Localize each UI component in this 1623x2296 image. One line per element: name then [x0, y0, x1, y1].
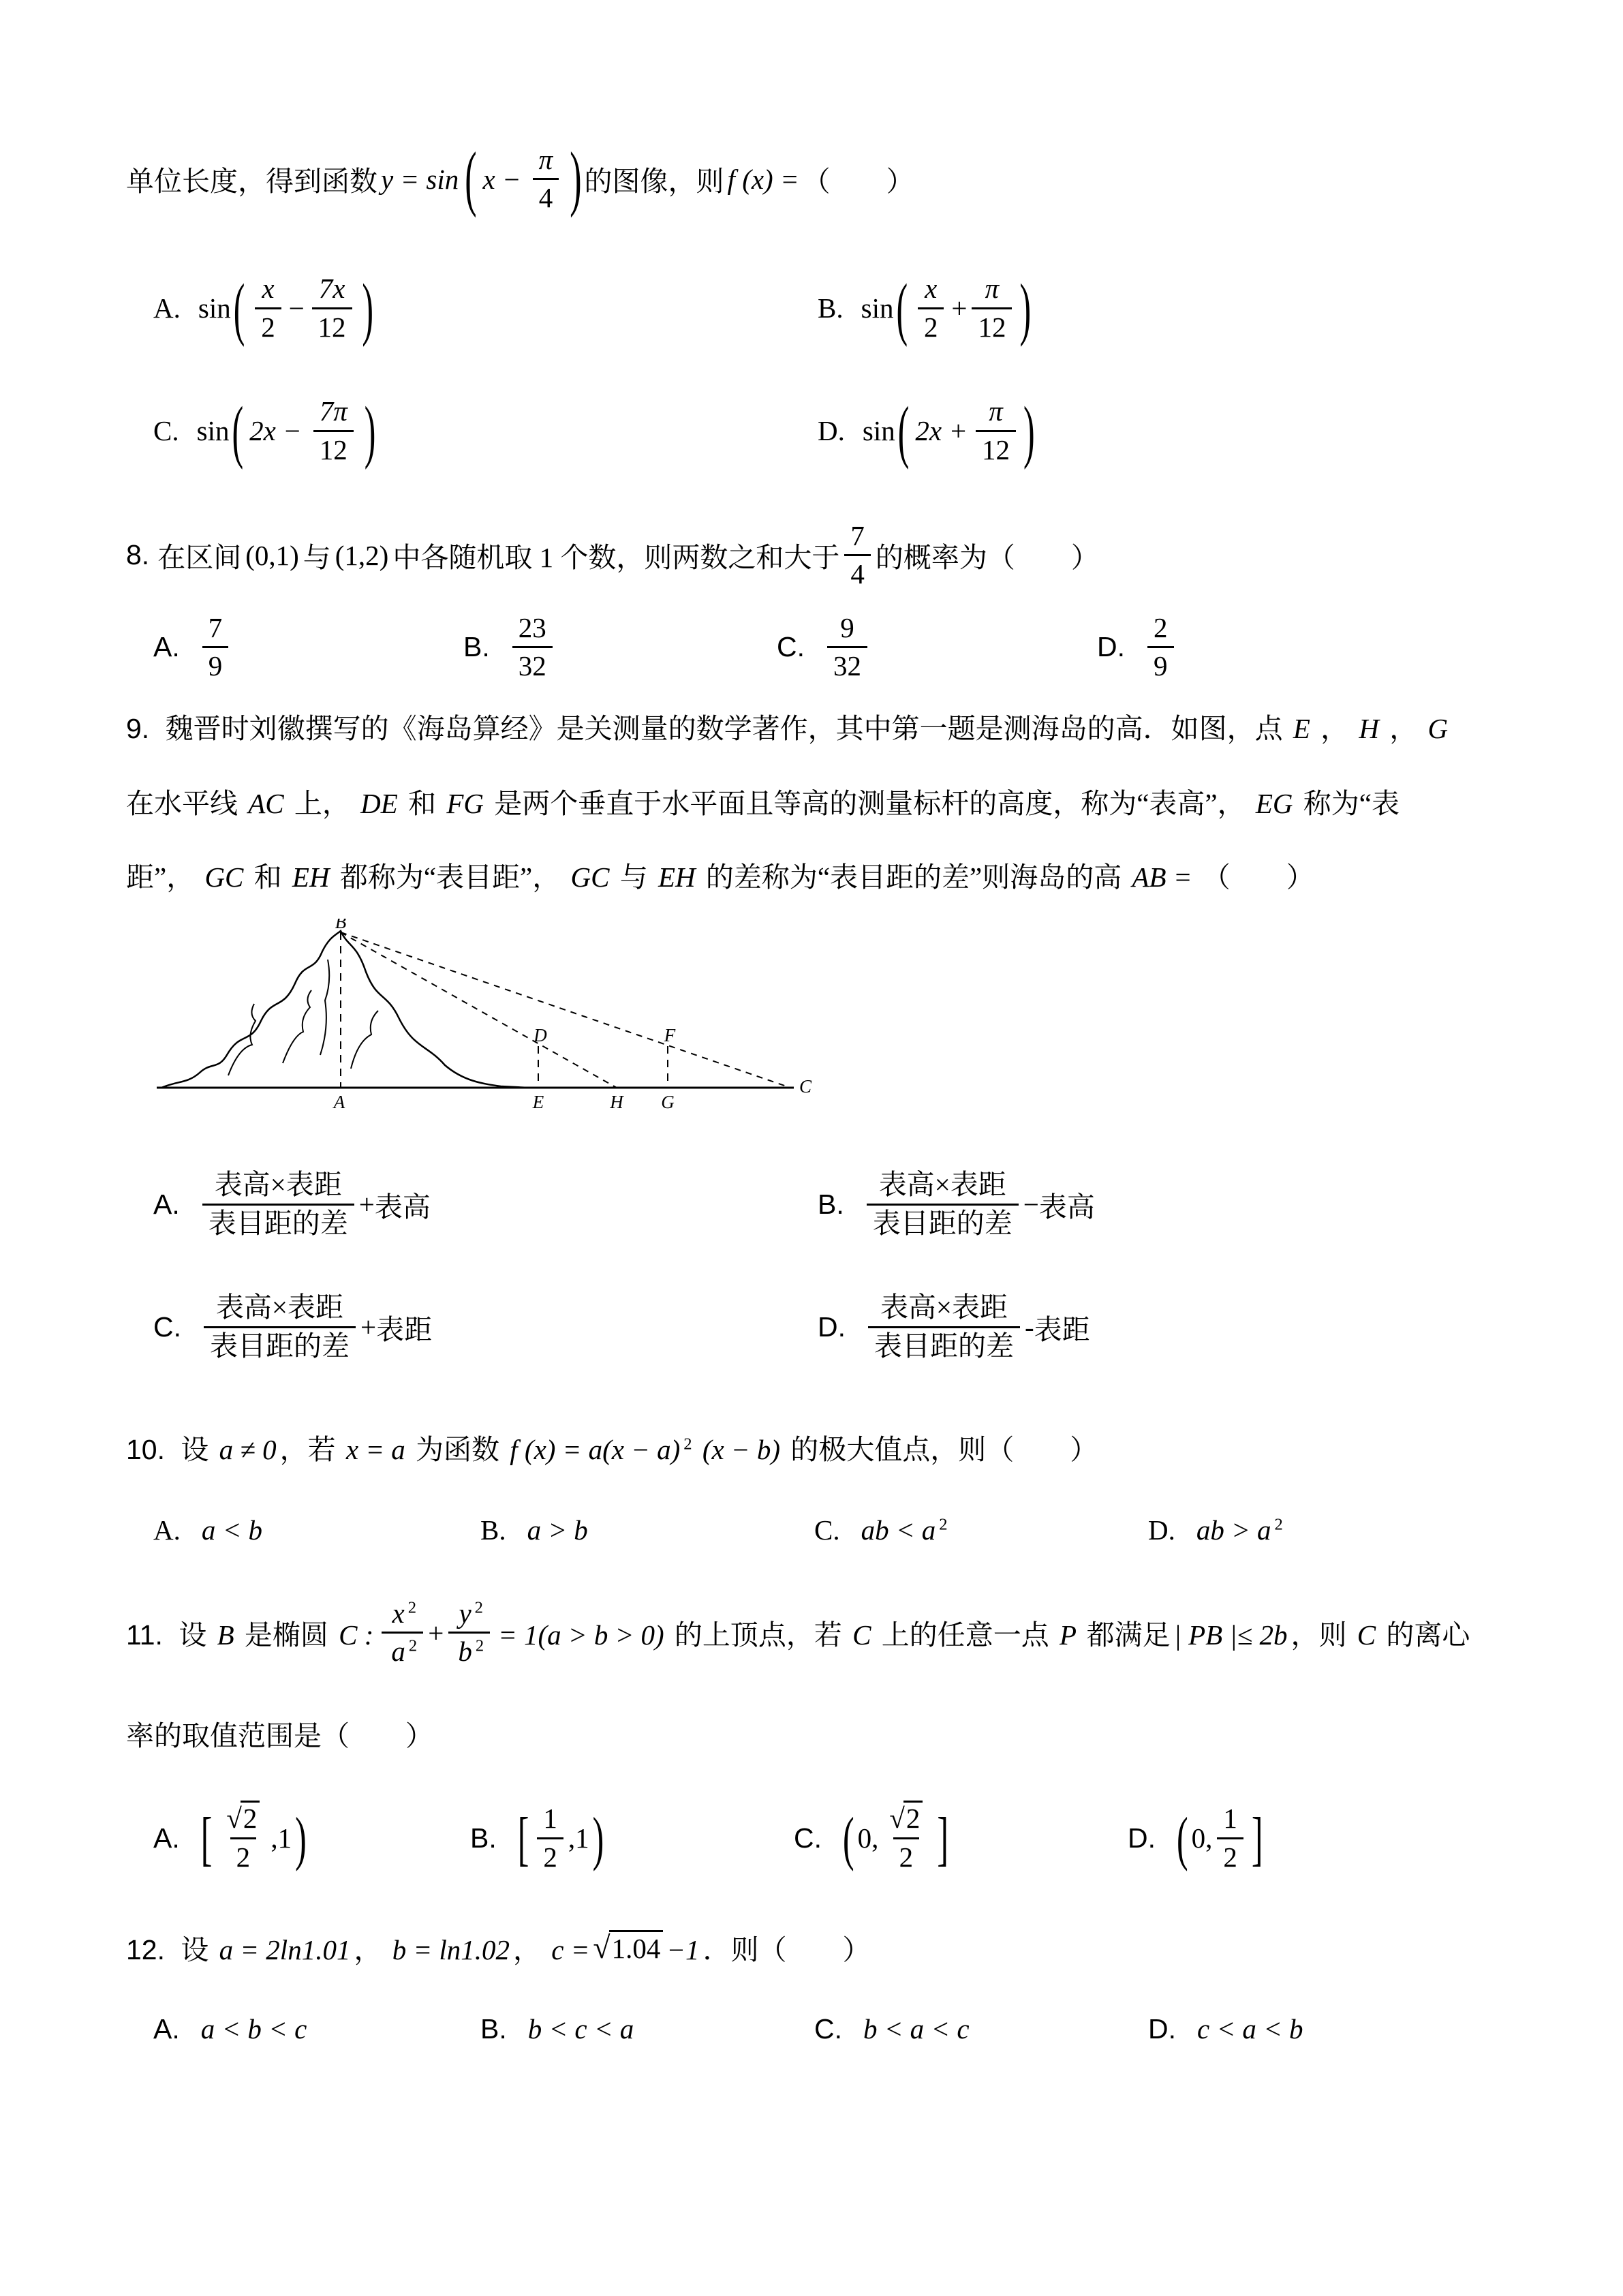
q8-option-b: B. 2332 [463, 601, 557, 693]
q7-option-d: D. sin ( 2x + π12 ) [818, 376, 1038, 485]
sightline-B-C [341, 932, 790, 1088]
fraction-x2-a2: x2 a2 [382, 1599, 423, 1666]
question-9-line1: 9. 魏晋时刘徽撰写的《海岛算经》是关测量的数学著作，其中第一题是测海岛的高．如… [126, 702, 1451, 750]
q10-option-b: B.a > b [480, 1506, 591, 1554]
q7-option-b: B. sin ( x2 + π12 ) [818, 254, 1034, 363]
fraction: 1 2 [537, 1804, 563, 1871]
option-label: C. [153, 1311, 181, 1343]
fraction: x2 [915, 274, 946, 341]
mountain-contour-4 [320, 960, 329, 1055]
q11-option-a: A. [ √2 2 ,1 ) [153, 1780, 310, 1896]
right-paren: ) [570, 138, 581, 220]
q10-option-c: C.ab < a2 [814, 1506, 948, 1554]
option-label: B. [480, 2013, 507, 2045]
q7-stem-fx: f (x) = [728, 163, 799, 196]
q12-option-c: C.b < a < c [814, 2005, 973, 2053]
left-paren: ( [896, 268, 908, 349]
option-label: C. [777, 631, 805, 663]
option-label: C. [153, 414, 179, 447]
fraction: π12 [976, 397, 1016, 464]
fraction: 表高×表距表目距的差 [202, 1170, 354, 1238]
fraction: 2332 [512, 613, 553, 681]
fraction: 表高×表距表目距的差 [204, 1293, 356, 1360]
answer-blank: （ ） [803, 159, 914, 199]
option-label: B. [470, 1822, 497, 1854]
question-12-stem: 12. 设 a = 2ln1.01， b = ln1.02， c = √ 1.0… [126, 1916, 871, 1978]
label-C: C [799, 1076, 812, 1097]
option-label: D. [818, 414, 845, 447]
fraction: 7π12 [310, 397, 357, 464]
left-paren: ( [465, 138, 476, 220]
fraction: 表高×表距表目距的差 [867, 1170, 1019, 1238]
right-paren: ) [295, 1803, 307, 1873]
option-label: D. [1128, 1822, 1156, 1854]
fraction: π12 [972, 274, 1012, 341]
right-paren: ) [593, 1803, 604, 1873]
option-label: A. [153, 1514, 181, 1546]
fraction: √2 2 [220, 1804, 266, 1871]
right-paren: ) [1019, 268, 1031, 349]
option-label: D. [818, 1311, 846, 1343]
q7-option-c: C. sin ( 2x − 7π12 ) [153, 376, 378, 485]
right-paren: ) [365, 391, 376, 472]
question-number: 8. [126, 539, 149, 571]
q8-option-d: D. 29 [1097, 601, 1179, 693]
fraction: π 4 [529, 145, 563, 213]
q12-option-a: A.a < b < c [153, 2005, 310, 2053]
fraction: 表高×表距表目距的差 [868, 1293, 1020, 1360]
option-label: D. [1097, 631, 1125, 663]
fraction: 932 [827, 613, 867, 681]
label-H: H [609, 1092, 624, 1112]
question-9-line3: 距”， GC 和 EH 都称为“表目距”， GC 与 EH 的差称为“表目距的差… [126, 851, 1314, 898]
q9-option-d: D. 表高×表距表目距的差 - 表距 [818, 1269, 1090, 1385]
mountain-outline [161, 931, 528, 1088]
q9-option-a: A. 表高×表距表目距的差 + 表高 [153, 1146, 431, 1262]
answer-blank: 率的取值范围是（ ） [126, 1713, 433, 1754]
left-paren: ( [843, 1803, 854, 1873]
q11-option-d: D. ( 0, 1 2 ] [1128, 1780, 1267, 1896]
island-survey-diagram: B A D F E H G C [146, 919, 841, 1123]
mountain-contour-3 [351, 1011, 378, 1069]
q9-option-b: B. 表高×表距表目距的差 − 表高 [818, 1146, 1095, 1262]
option-label: A. [153, 292, 181, 324]
fraction: 1 2 [1217, 1804, 1243, 1871]
q7-stem-arg: x − [483, 163, 521, 196]
q11-option-b: B. [ 1 2 ,1 ) [470, 1780, 607, 1896]
label-F: F [664, 1025, 676, 1045]
option-label: A. [153, 631, 180, 663]
q7-stem-mid: 的图像，则 [585, 159, 724, 199]
fraction: 74 [844, 521, 871, 589]
left-paren: ( [232, 391, 243, 472]
question-11-line2: 率的取值范围是（ ） [126, 1709, 433, 1757]
option-label: B. [818, 292, 844, 324]
fraction: x2 [252, 274, 283, 341]
q11-option-c: C. ( 0, √2 2 ] [794, 1780, 952, 1896]
option-label: A. [153, 1189, 180, 1221]
fraction-y2-b2: y2 b2 [448, 1599, 490, 1666]
q10-option-a: A.a < b [153, 1506, 266, 1554]
left-bracket: [ [201, 1803, 213, 1873]
option-label: C. [794, 1822, 822, 1854]
q8-option-a: A. 79 [153, 601, 233, 693]
right-bracket: ] [937, 1803, 948, 1873]
q12-option-d: D.c < a < b [1148, 2005, 1307, 2053]
option-label: C. [814, 2013, 842, 2045]
left-paren: ( [234, 268, 245, 349]
fraction: 7x12 [309, 274, 355, 341]
option-label: A. [153, 2013, 180, 2045]
label-B: B [335, 919, 347, 932]
question-11-stem: 11. 设 B 是椭圆 C : x2 a2 + y2 b2 = 1(a > b … [126, 1573, 1470, 1692]
q7-stem-pre: 单位长度，得到函数 [126, 159, 377, 199]
fraction: 29 [1147, 613, 1174, 681]
option-label: D. [1148, 1514, 1175, 1546]
left-paren: ( [1177, 1803, 1188, 1873]
label-A: A [333, 1092, 345, 1112]
option-label: B. [463, 631, 490, 663]
q7-stem-fn: y = sin [381, 163, 459, 196]
left-bracket: [ [518, 1803, 529, 1873]
radical-sign: √ [593, 1929, 610, 1965]
q9-option-c: C. 表高×表距表目距的差 + 表距 [153, 1269, 432, 1385]
radicand: 1.04 [609, 1930, 664, 1965]
left-paren: ( [898, 391, 910, 472]
right-bracket: ] [1252, 1803, 1263, 1873]
fraction: 79 [202, 613, 229, 681]
q10-option-d: D.ab > a2 [1148, 1506, 1283, 1554]
option-label: C. [814, 1514, 840, 1546]
question-7-stem: 单位长度，得到函数 y = sin ( x − π 4 ) 的图像，则 f (x… [126, 129, 914, 228]
option-label: B. [480, 1514, 506, 1546]
q7-option-a: A. sin ( x2 − 7x12 ) [153, 254, 376, 363]
q12-option-b: B.b < c < a [480, 2005, 637, 2053]
question-8-stem: 8. 在区间 (0,1) 与 (1,2) 中各随机取 1 个数，则两数之和大于 … [126, 506, 1099, 604]
mountain-contour-2 [283, 990, 311, 1063]
label-D: D [533, 1025, 547, 1045]
option-label: D. [1148, 2013, 1176, 2045]
sightline-B-H [341, 932, 617, 1088]
right-paren: ) [362, 268, 373, 349]
answer-blank: 的概率为（ ） [876, 535, 1099, 575]
exam-page: { "q7": { "stem": { "pre":"单位长度，得到函数", "… [0, 0, 1623, 2296]
option-label: B. [818, 1189, 844, 1221]
question-10-stem: 10. 设 a ≠ 0，若 x = a 为函数 f (x) = a(x − a)… [126, 1416, 1098, 1478]
question-9-line2: 在水平线 AC 上， DE 和 FG 是两个垂直于水平面且等高的测量标杆的高度，… [126, 777, 1400, 825]
option-label: A. [153, 1822, 180, 1854]
fraction: √2 2 [883, 1804, 929, 1871]
label-G: G [661, 1092, 675, 1112]
q8-option-c: C. 932 [777, 601, 872, 693]
right-paren: ) [1023, 391, 1035, 472]
label-E: E [532, 1092, 544, 1112]
